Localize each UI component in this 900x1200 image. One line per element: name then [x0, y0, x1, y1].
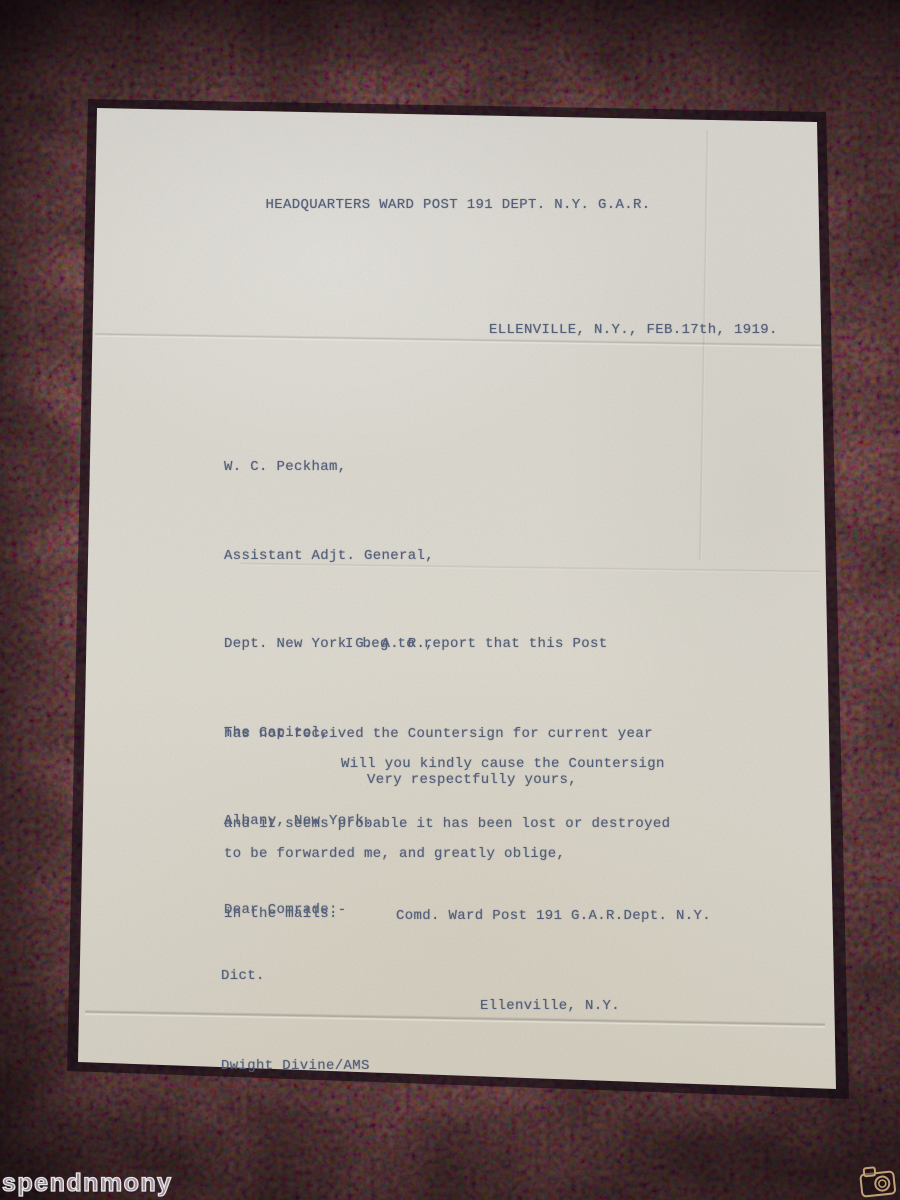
recipient-line: Assistant Adjt. General, — [224, 542, 434, 572]
dictation-line: Dict. — [221, 961, 370, 991]
signature-line: Ellenville, N.Y. — [396, 991, 711, 1021]
letter-heading: HEADQUARTERS WARD POST 191 DEPT. N.Y. G.… — [97, 190, 819, 220]
closing-line: Very respectfully yours, — [367, 765, 577, 795]
body-line: I beg to report that this Post — [224, 629, 670, 659]
dictation-block: Dict. Dwight Divine/AMS — [221, 901, 370, 1141]
signature-block: Comd. Ward Post 191 G.A.R.Dept. N.Y. Ell… — [396, 841, 711, 1081]
letter-text: HEADQUARTERS WARD POST 191 DEPT. N.Y. G.… — [0, 0, 900, 1200]
signature-line: Comd. Ward Post 191 G.A.R.Dept. N.Y. — [396, 901, 711, 931]
seller-watermark: spendnmony — [2, 1169, 173, 1198]
letter-dateline: ELLENVILLE, N.Y., FEB.17th, 1919. — [489, 315, 778, 345]
camera-watermark-icon — [856, 1162, 899, 1200]
photo-of-letter: HEADQUARTERS WARD POST 191 DEPT. N.Y. G.… — [0, 0, 900, 1200]
dictation-line: Dwight Divine/AMS — [221, 1051, 370, 1081]
recipient-line: W. C. Peckham, — [224, 453, 434, 483]
